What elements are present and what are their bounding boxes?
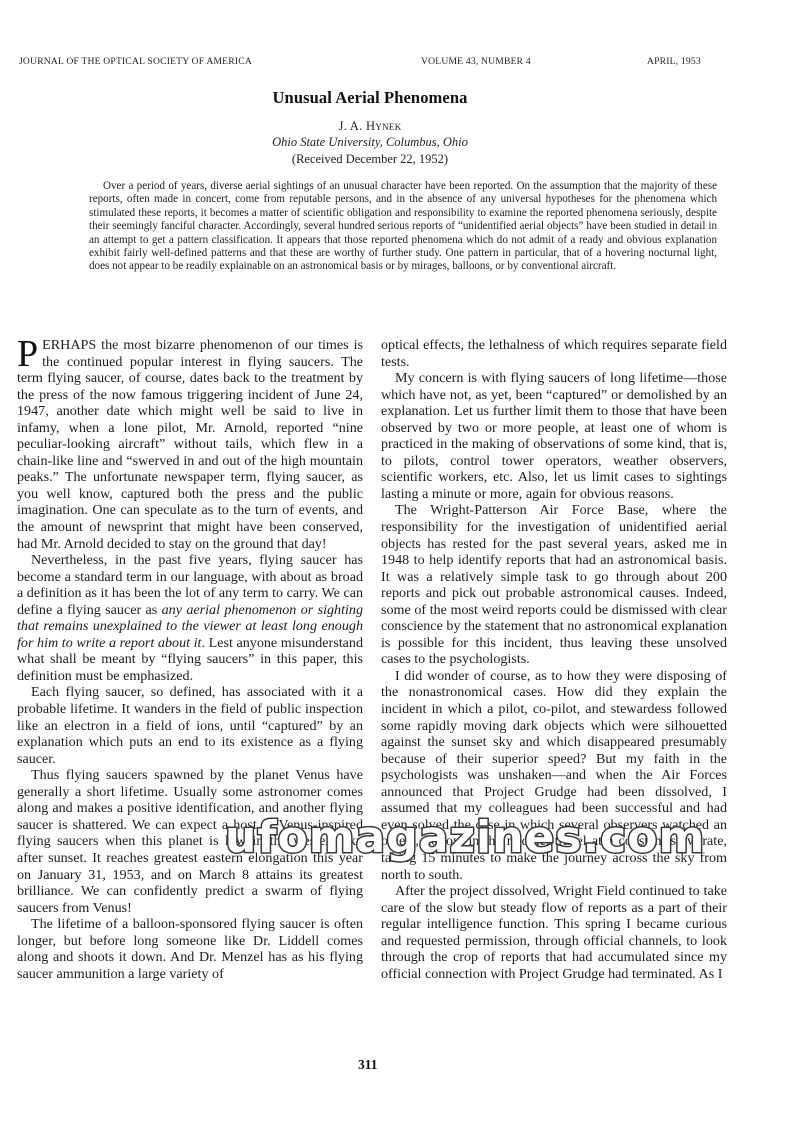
article-title: Unusual Aerial Phenomena <box>0 88 740 108</box>
paragraph: My concern is with flying saucers of lon… <box>381 370 727 502</box>
author: J. A. Hynek <box>0 119 740 134</box>
paragraph: PERHAPS the most bizarre phenomenon of o… <box>17 337 363 552</box>
paragraph: I did wonder of course, as to how they w… <box>381 668 727 883</box>
paragraph: optical effects, the lethalness of which… <box>381 337 727 370</box>
affiliation: Ohio State University, Columbus, Ohio <box>0 135 740 150</box>
journal-name: JOURNAL OF THE OPTICAL SOCIETY OF AMERIC… <box>19 56 252 67</box>
paragraph-text: ERHAPS the most bizarre phenomenon of ou… <box>17 337 363 552</box>
drop-cap: P <box>17 339 38 369</box>
issue-date: APRIL, 1953 <box>647 56 701 67</box>
paragraph: Thus flying saucers spawned by the plane… <box>17 767 363 916</box>
paragraph: After the project dissolved, Wright Fiel… <box>381 883 727 982</box>
page-number: 311 <box>358 1057 378 1073</box>
body-column-left: PERHAPS the most bizarre phenomenon of o… <box>17 337 363 982</box>
abstract: Over a period of years, diverse aerial s… <box>89 180 717 274</box>
body-column-right: optical effects, the lethalness of which… <box>381 337 727 982</box>
received-date: (Received December 22, 1952) <box>0 152 740 167</box>
paragraph: The lifetime of a balloon-sponsored flyi… <box>17 916 363 982</box>
paragraph: The Wright-Patterson Air Force Base, whe… <box>381 502 727 667</box>
paragraph: Nevertheless, in the past five years, fl… <box>17 552 363 684</box>
paragraph: Each flying saucer, so defined, has asso… <box>17 684 363 767</box>
volume-number: VOLUME 43, NUMBER 4 <box>421 56 531 67</box>
